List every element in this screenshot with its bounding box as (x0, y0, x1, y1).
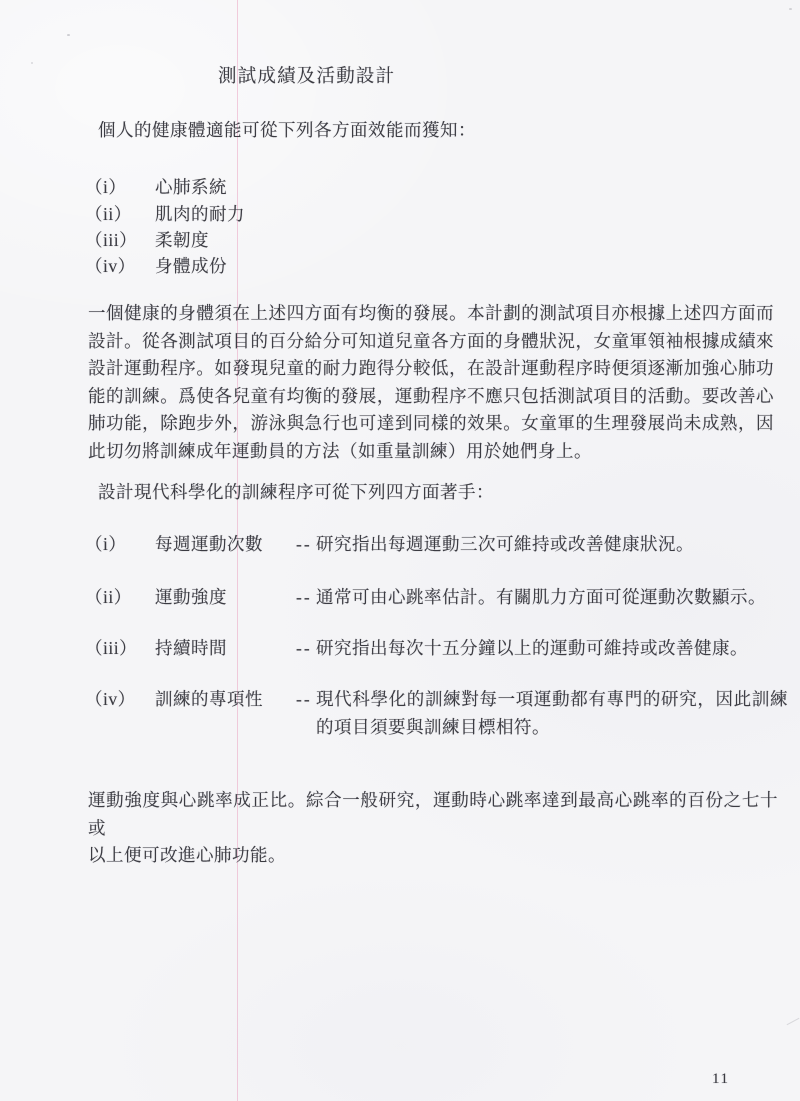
list-label: 心肺系統 (155, 174, 227, 202)
list-label: 持續時間 (155, 635, 227, 663)
dash-separator: -- (296, 635, 312, 663)
list-label: 身體成份 (155, 253, 227, 281)
intro-fitness-line: 個人的健康體適能可從下列各方面效能而獲知： (98, 117, 476, 145)
list-label: 肌肉的耐力 (155, 201, 245, 229)
fitness-list-item: （ii） 肌肉的耐力 (0, 201, 800, 229)
paragraph-intensity-heart-rate: 運動強度與心跳率成正比。綜合一般研究，運動時心跳率達到最高心跳率的百份之七十或以… (88, 787, 778, 870)
page-number: 11 (712, 1066, 729, 1094)
list-marker: （iii） (85, 635, 137, 663)
intro-training-line: 設計現代科學化的訓練程序可從下列四方面著手： (98, 479, 494, 507)
fitness-list-item: （i） 心肺系統 (0, 174, 800, 202)
list-marker: （i） (85, 531, 126, 559)
list-label: 訓練的專項性 (155, 686, 263, 714)
scanned-document-page: 測試成績及活動設計 個人的健康體適能可從下列各方面效能而獲知： （i） 心肺系統… (0, 0, 800, 1101)
training-list-item: （iii） 持續時間 -- 研究指出每次十五分鐘以上的運動可維持或改善健康。 (0, 635, 800, 665)
dash-separator: -- (296, 686, 312, 714)
list-description: 通常可由心跳率估計。有關肌力方面可從運動次數顯示。 (316, 584, 788, 612)
document-title: 測試成績及活動設計 (218, 64, 395, 92)
dash-separator: -- (296, 531, 312, 559)
scan-speck (31, 62, 33, 64)
list-description: 現代科學化的訓練對每一項運動都有專門的研究，因此訓練的項目須要與訓練目標相符。 (316, 686, 788, 741)
fitness-list-item: （iv） 身體成份 (0, 253, 800, 281)
paragraph-balanced-development: 一個健康的身體須在上述四方面有均衡的發展。本計劃的測試項目亦根據上述四方面而設計… (88, 300, 774, 465)
training-list-item: （ii） 運動強度 -- 通常可由心跳率估計。有關肌力方面可從運動次數顯示。 (0, 584, 800, 614)
list-marker: （ii） (85, 584, 132, 612)
training-list-item: （iv） 訓練的專項性 -- 現代科學化的訓練對每一項運動都有專門的研究，因此訓… (0, 686, 800, 746)
list-marker: （iv） (85, 686, 136, 714)
list-marker: （iv） (85, 253, 136, 281)
list-description: 研究指出每次十五分鐘以上的運動可維持或改善健康。 (316, 635, 788, 663)
dash-separator: -- (296, 584, 312, 612)
list-label: 柔韌度 (155, 227, 209, 255)
training-list-item: （i） 每週運動次數 -- 研究指出每週運動三次可維持或改善健康狀況。 (0, 531, 800, 561)
fitness-list-item: （iii） 柔韌度 (0, 227, 800, 255)
scan-speck (789, 8, 792, 10)
list-marker: （ii） (85, 201, 132, 229)
list-label: 運動強度 (155, 584, 227, 612)
list-marker: （iii） (85, 227, 137, 255)
list-description: 研究指出每週運動三次可維持或改善健康狀況。 (316, 531, 788, 559)
list-label: 每週運動次數 (155, 531, 263, 559)
scan-hairline (787, 1018, 800, 1025)
scan-speck (67, 34, 70, 36)
list-marker: （i） (85, 174, 126, 202)
